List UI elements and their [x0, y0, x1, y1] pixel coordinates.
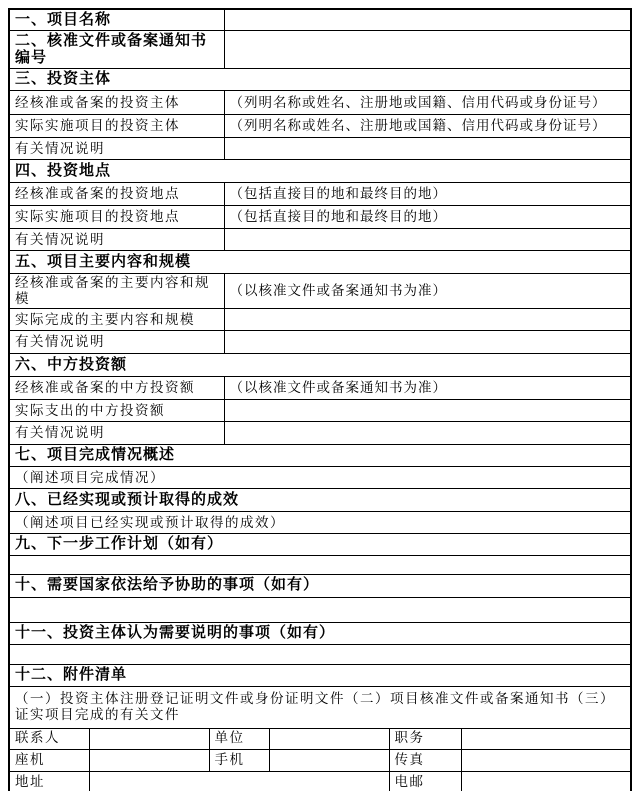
- field-row: 有关情况说明: [9, 229, 631, 251]
- section-header: 七、项目完成情况概述: [9, 445, 631, 467]
- field-row: 经核准或备案的主要内容和规模（以核准文件或备案通知书为准）: [9, 274, 631, 309]
- field-label: 一、项目名称: [9, 9, 224, 30]
- section-header: 十一、投资主体认为需要说明的事项（如有）: [9, 622, 631, 644]
- note-text: （阐述项目完成情况）: [9, 467, 631, 489]
- section-header: 六、中方投资额: [9, 354, 631, 377]
- empty-fill-row: [9, 644, 631, 664]
- note-text: （一）投资主体注册登记证明文件或身份证明文件（二）项目核准文件或备案通知书（三）…: [9, 686, 631, 728]
- fill-in-area[interactable]: [9, 644, 631, 664]
- field-row: 有关情况说明: [9, 422, 631, 445]
- contact-label: 职务: [389, 728, 461, 749]
- field-label: 实际实施项目的投资主体: [9, 115, 224, 138]
- contact-row: 联系人单位职务: [9, 728, 631, 749]
- contact-value[interactable]: [89, 771, 389, 791]
- field-label: 有关情况说明: [9, 331, 224, 354]
- field-label: 经核准或备案的中方投资额: [9, 377, 224, 400]
- section-header-row: 十二、附件清单: [9, 664, 631, 686]
- project-completion-form-table: 一、项目名称二、核准文件或备案通知书编号三、投资主体经核准或备案的投资主体（列明…: [8, 8, 632, 791]
- contact-value[interactable]: [461, 728, 631, 749]
- field-hint-value[interactable]: （包括直接目的地和最终目的地）: [224, 206, 631, 229]
- field-row: 有关情况说明: [9, 331, 631, 354]
- section-header: 九、下一步工作计划（如有）: [9, 534, 631, 556]
- field-label: 经核准或备案的投资地点: [9, 183, 224, 206]
- field-label: 二、核准文件或备案通知书编号: [9, 30, 224, 68]
- section-header: 三、投资主体: [9, 69, 631, 91]
- fill-in-area[interactable]: [9, 555, 631, 574]
- section-header-row: 五、项目主要内容和规模: [9, 251, 631, 274]
- note-text: （阐述项目已经实现或预计取得的成效）: [9, 512, 631, 534]
- field-row: 经核准或备案的投资主体（列明名称或姓名、注册地或国籍、信用代码或身份证号）: [9, 91, 631, 115]
- field-label: 实际实施项目的投资地点: [9, 206, 224, 229]
- field-hint-value[interactable]: （以核准文件或备案通知书为准）: [224, 377, 631, 400]
- contact-value[interactable]: [461, 749, 631, 771]
- section-header-row: 十一、投资主体认为需要说明的事项（如有）: [9, 622, 631, 644]
- contact-value[interactable]: [269, 749, 389, 771]
- contact-label: 单位: [209, 728, 269, 749]
- section-header-row: 六、中方投资额: [9, 354, 631, 377]
- note-row: （一）投资主体注册登记证明文件或身份证明文件（二）项目核准文件或备案通知书（三）…: [9, 686, 631, 728]
- field-hint-value[interactable]: （以核准文件或备案通知书为准）: [224, 274, 631, 309]
- field-hint-value[interactable]: （列明名称或姓名、注册地或国籍、信用代码或身份证号）: [224, 91, 631, 115]
- contact-value[interactable]: [89, 728, 209, 749]
- field-value-empty[interactable]: [224, 331, 631, 354]
- section-header-row: 三、投资主体: [9, 69, 631, 91]
- field-value-empty[interactable]: [224, 309, 631, 331]
- field-row: 一、项目名称: [9, 9, 631, 30]
- contact-row: 座机手机传真: [9, 749, 631, 771]
- field-value-empty[interactable]: [224, 9, 631, 30]
- field-value-empty[interactable]: [224, 30, 631, 68]
- document-page: 一、项目名称二、核准文件或备案通知书编号三、投资主体经核准或备案的投资主体（列明…: [0, 0, 636, 791]
- field-value-empty[interactable]: [224, 138, 631, 160]
- contact-value[interactable]: [89, 749, 209, 771]
- field-hint-value[interactable]: （列明名称或姓名、注册地或国籍、信用代码或身份证号）: [224, 115, 631, 138]
- field-value-empty[interactable]: [224, 400, 631, 422]
- section-header: 八、已经实现或预计取得的成效: [9, 489, 631, 512]
- field-row: 经核准或备案的中方投资额（以核准文件或备案通知书为准）: [9, 377, 631, 400]
- section-header-row: 七、项目完成情况概述: [9, 445, 631, 467]
- contact-label: 座机: [9, 749, 89, 771]
- contact-label: 地址: [9, 771, 89, 791]
- note-row: （阐述项目完成情况）: [9, 467, 631, 489]
- section-header-row: 十、需要国家依法给予协助的事项（如有）: [9, 574, 631, 597]
- section-header-row: 九、下一步工作计划（如有）: [9, 534, 631, 556]
- contact-value[interactable]: [269, 728, 389, 749]
- section-header-row: 八、已经实现或预计取得的成效: [9, 489, 631, 512]
- contact-value[interactable]: [461, 771, 631, 791]
- contact-label: 联系人: [9, 728, 89, 749]
- field-row: 有关情况说明: [9, 138, 631, 160]
- section-header: 十、需要国家依法给予协助的事项（如有）: [9, 574, 631, 597]
- empty-fill-row: [9, 597, 631, 622]
- field-label: 有关情况说明: [9, 138, 224, 160]
- field-row: 实际实施项目的投资主体（列明名称或姓名、注册地或国籍、信用代码或身份证号）: [9, 115, 631, 138]
- field-label: 实际完成的主要内容和规模: [9, 309, 224, 331]
- section-header-row: 四、投资地点: [9, 160, 631, 183]
- field-label: 有关情况说明: [9, 229, 224, 251]
- field-hint-value[interactable]: （包括直接目的地和最终目的地）: [224, 183, 631, 206]
- fill-in-area[interactable]: [9, 597, 631, 622]
- contact-label: 传真: [389, 749, 461, 771]
- field-label: 经核准或备案的投资主体: [9, 91, 224, 115]
- field-value-empty[interactable]: [224, 229, 631, 251]
- field-row: 实际完成的主要内容和规模: [9, 309, 631, 331]
- field-label: 有关情况说明: [9, 422, 224, 445]
- field-label: 经核准或备案的主要内容和规模: [9, 274, 224, 309]
- field-row: 经核准或备案的投资地点（包括直接目的地和最终目的地）: [9, 183, 631, 206]
- contact-label: 手机: [209, 749, 269, 771]
- field-value-empty[interactable]: [224, 422, 631, 445]
- field-row: 实际支出的中方投资额: [9, 400, 631, 422]
- section-header: 四、投资地点: [9, 160, 631, 183]
- section-header: 五、项目主要内容和规模: [9, 251, 631, 274]
- field-label: 实际支出的中方投资额: [9, 400, 224, 422]
- contact-label: 电邮: [389, 771, 461, 791]
- empty-fill-row: [9, 555, 631, 574]
- field-row: 二、核准文件或备案通知书编号: [9, 30, 631, 68]
- section-header: 十二、附件清单: [9, 664, 631, 686]
- note-row: （阐述项目已经实现或预计取得的成效）: [9, 512, 631, 534]
- field-row: 实际实施项目的投资地点（包括直接目的地和最终目的地）: [9, 206, 631, 229]
- contact-row-wide: 地址电邮: [9, 771, 631, 791]
